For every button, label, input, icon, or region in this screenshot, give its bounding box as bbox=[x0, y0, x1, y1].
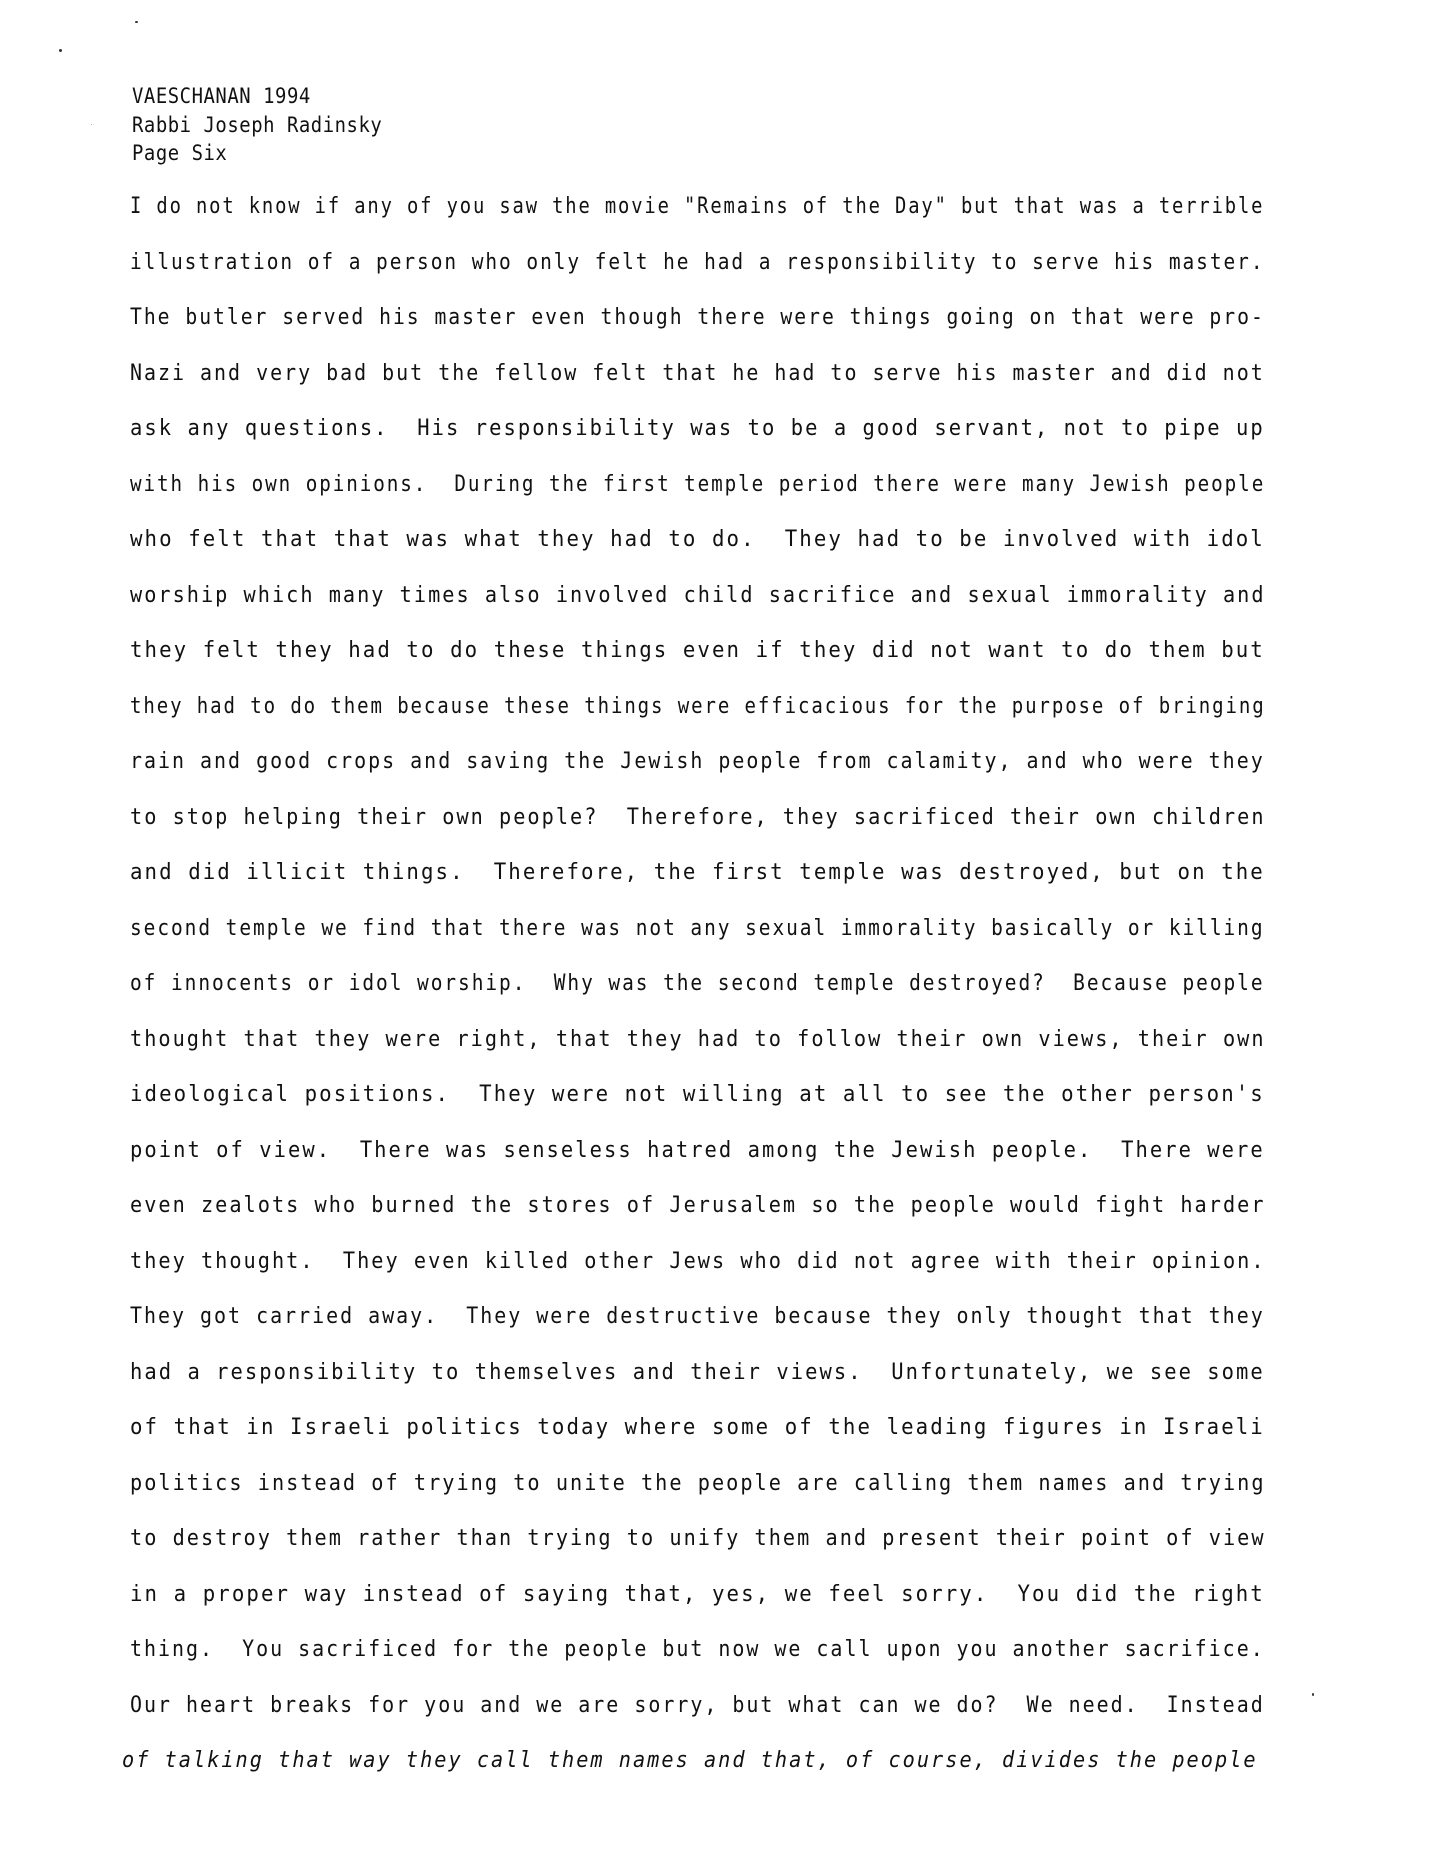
body-text-line: with his own opinions. During the first … bbox=[130, 474, 1265, 496]
body-text-line: to destroy them rather than trying to un… bbox=[130, 1528, 1266, 1550]
sermon-title: VAESCHANAN 1994 bbox=[132, 82, 382, 111]
scan-speck bbox=[59, 49, 62, 52]
body-text-line: ask any questions. His responsibility wa… bbox=[130, 418, 1265, 440]
body-text-line: thing. You sacrificed for the people but… bbox=[130, 1639, 1265, 1661]
body-text-line: of innocents or idol worship. Why was th… bbox=[130, 973, 1265, 995]
body-text-line: they had to do them because these things… bbox=[130, 696, 1266, 718]
document-page: VAESCHANAN 1994 Rabbi Joseph Radinsky Pa… bbox=[0, 0, 1430, 1851]
body-text-line: of talking that way they call them names… bbox=[122, 1750, 1258, 1772]
body-text-line: thought that they were right, that they … bbox=[130, 1029, 1266, 1051]
body-text-line: had a responsibility to themselves and t… bbox=[130, 1362, 1265, 1384]
body-text-line: of that in Israeli politics today where … bbox=[130, 1417, 1265, 1439]
body-text-line: they felt they had to do these things ev… bbox=[130, 640, 1265, 662]
body-text-line: Our heart breaks for you and we are sorr… bbox=[130, 1695, 1265, 1717]
body-text-line: rain and good crops and saving the Jewis… bbox=[130, 751, 1265, 773]
scan-speck bbox=[1312, 1693, 1314, 1696]
body-text-line: They got carried away. They were destruc… bbox=[130, 1306, 1265, 1328]
scan-speck bbox=[135, 21, 138, 23]
body-text-line: worship which many times also involved c… bbox=[130, 585, 1266, 607]
body-text-line: second temple we find that there was not… bbox=[130, 918, 1265, 940]
document-header: VAESCHANAN 1994 Rabbi Joseph Radinsky Pa… bbox=[132, 82, 382, 168]
body-text-line: Nazi and very bad but the fellow felt th… bbox=[130, 363, 1265, 385]
body-text-line: even zealots who burned the stores of Je… bbox=[130, 1195, 1266, 1217]
body-text-line: to stop helping their own people? Theref… bbox=[130, 807, 1266, 829]
body-text-line: politics instead of trying to unite the … bbox=[130, 1473, 1266, 1495]
body-text-line: who felt that that was what they had to … bbox=[130, 529, 1265, 551]
body-text-line: point of view. There was senseless hatre… bbox=[130, 1140, 1265, 1162]
scan-speck bbox=[91, 124, 92, 125]
body-text-line: ideological positions. They were not wil… bbox=[130, 1084, 1265, 1106]
body-text-line: they thought. They even killed other Jew… bbox=[130, 1251, 1266, 1273]
body-text-line: illustration of a person who only felt h… bbox=[130, 252, 1265, 274]
page-label: Page Six bbox=[132, 139, 382, 168]
body-text-line: and did illicit things. Therefore, the f… bbox=[130, 862, 1265, 884]
body-text-line: The butler served his master even though… bbox=[130, 307, 1265, 329]
author-name: Rabbi Joseph Radinsky bbox=[132, 111, 382, 140]
body-text-line: in a proper way instead of saying that, … bbox=[130, 1584, 1265, 1606]
body-text-line: I do not know if any of you saw the movi… bbox=[130, 196, 1264, 218]
